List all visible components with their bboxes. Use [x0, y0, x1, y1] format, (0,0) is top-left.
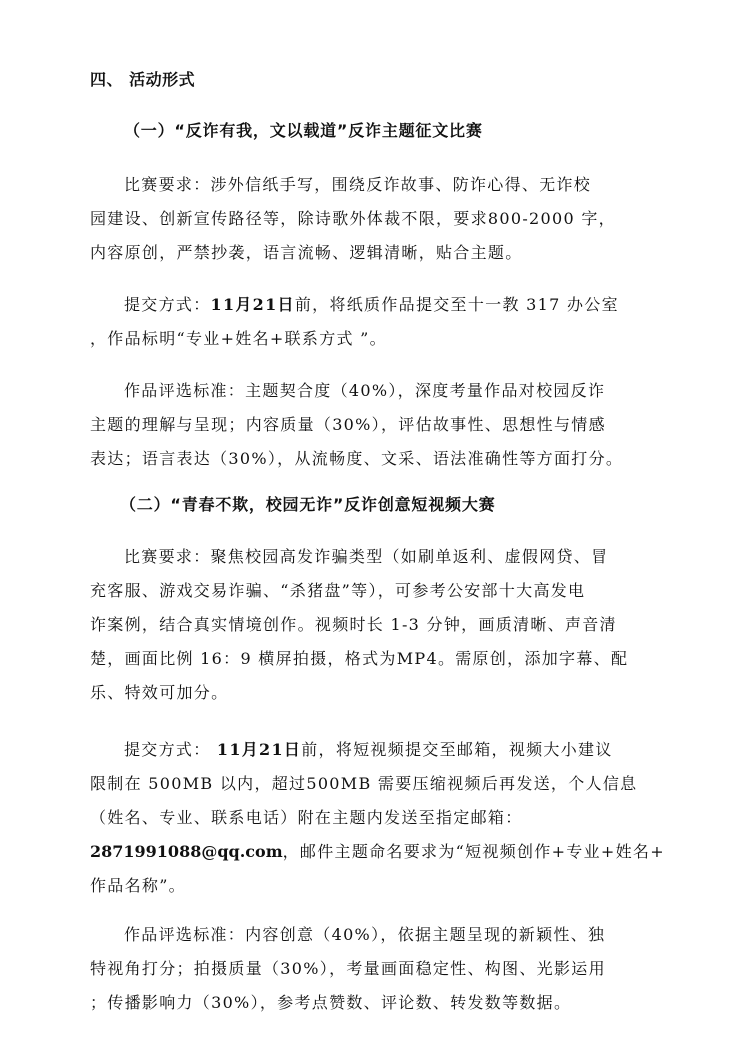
- contest-2-criteria-line-2: 特视角打分；拍摄质量（30%），考量画面稳定性、构图、光影运用: [90, 959, 606, 979]
- submission-label: 提交方式：: [124, 740, 217, 759]
- contest-1-submission-line-1: 提交方式：11月21日前，将纸质作品提交至十一教 317 办公室: [124, 295, 619, 315]
- contest-2-requirements-line-4: 楚，画面比例 16：9 横屏拍摄，格式为MP4。需原创，添加字幕、配: [90, 649, 628, 669]
- contest-1-criteria-line-2: 主题的理解与呈现；内容质量（30%），评估故事性、思想性与情感: [90, 415, 606, 435]
- contest-1-title: （一）“反诈有我，文以载道”反诈主题征文比赛: [124, 121, 483, 141]
- contest-2-criteria-line-3: ；传播影响力（30%），参考点赞数、评论数、转发数等数据。: [90, 993, 571, 1013]
- contest-2-submission-line-2: 限制在 500MB 以内，超过500MB 需要压缩视频后再发送，个人信息: [90, 774, 637, 794]
- contest-2-requirements-line-5: 乐、特效可加分。: [90, 683, 228, 703]
- contest-2-submission-line-1: 提交方式： 11月21日前，将短视频提交至邮箱，视频大小建议: [124, 740, 613, 760]
- contest-1-requirements-line-3: 内容原创，严禁抄袭，语言流畅、逻辑清晰，贴合主题。: [90, 243, 523, 263]
- submission-deadline: 11月21日: [211, 295, 295, 314]
- contest-2-submission-line-3: （姓名、专业、联系电话）附在主题内发送至指定邮箱：: [90, 808, 523, 828]
- submission-text: 前，将纸质作品提交至十一教 317 办公室: [295, 295, 619, 314]
- contest-2-submission-line-4: 2871991088@qq.com，邮件主题命名要求为“短视频创作+专业+姓名+: [90, 842, 665, 862]
- section-heading: 四、 活动形式: [90, 70, 195, 90]
- contest-1-requirements-line-2: 园建设、创新宣传路径等，除诗歌外体裁不限，要求800-2000 字，: [90, 209, 616, 229]
- contest-1-criteria-line-3: 表达；语言表达（30%），从流畅度、文采、语法准确性等方面打分。: [90, 449, 623, 469]
- submission-text: 前，将短视频提交至邮箱，视频大小建议: [301, 740, 612, 759]
- contest-2-requirements-line-1: 比赛要求：聚焦校园高发诈骗类型（如刷单返利、虚假网贷、冒: [124, 547, 608, 567]
- contest-2-title: （二）“青春不欺，校园无诈”反诈创意短视频大赛: [120, 495, 495, 515]
- contest-2-criteria-line-1: 作品评选标准：内容创意（40%），依据主题呈现的新颖性、独: [124, 925, 605, 945]
- contest-1-submission-line-2: ，作品标明“专业+姓名+联系方式 ”。: [90, 329, 387, 349]
- submission-text: ，邮件主题命名要求为“短视频创作+专业+姓名+: [283, 842, 665, 861]
- submission-deadline: 11月21日: [217, 740, 301, 759]
- contest-2-requirements-line-2: 充客服、游戏交易诈骗、“杀猪盘”等），可参考公安部十大高发电: [90, 581, 585, 601]
- submission-email: 2871991088@qq.com: [90, 842, 283, 861]
- submission-label: 提交方式：: [124, 295, 211, 314]
- contest-2-submission-line-5: 作品名称”。: [90, 876, 186, 896]
- contest-1-criteria-line-1: 作品评选标准：主题契合度（40%），深度考量作品对校园反诈: [124, 381, 605, 401]
- contest-2-requirements-line-3: 诈案例，结合真实情境创作。视频时长 1-3 分钟，画质清晰、声音清: [90, 615, 617, 635]
- contest-1-requirements-line-1: 比赛要求：涉外信纸手写，围绕反诈故事、防诈心得、无诈校: [124, 175, 591, 195]
